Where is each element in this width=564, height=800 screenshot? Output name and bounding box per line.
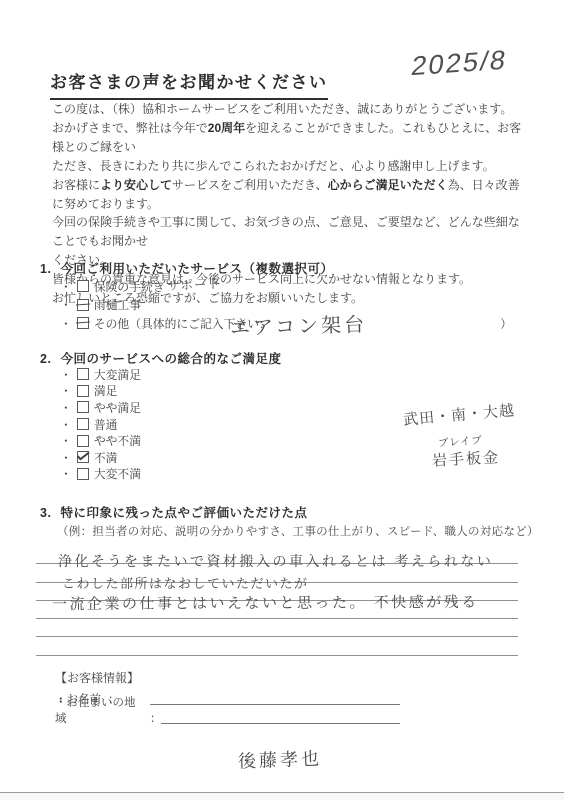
checkbox-checked <box>77 317 89 329</box>
intro-text: サービスをご利用いただき、 <box>172 178 328 192</box>
bullet-glyph: ・ <box>60 432 72 449</box>
satisfaction-option-row: ・やや不満 <box>60 432 260 449</box>
satisfaction-option-row: ・不満 <box>60 449 260 466</box>
satisfaction-option-label: 普通 <box>94 416 118 433</box>
satisfaction-option-label: 不満 <box>94 449 118 466</box>
scanned-survey-page: お客さまの声をお聞かせください 2025/8 この度は、（株）協和ホームサービス… <box>0 0 564 800</box>
intro-line: おかげさまで、弊社は今年で20周年を迎えることができました。これもひとえに、お客… <box>52 119 522 157</box>
intro-text: この度は、（株）協和ホームサービスをご利用いただき、誠にありがとうございます。 <box>52 102 512 116</box>
handwritten-suffix: サポート <box>166 274 221 294</box>
satisfaction-option-label: やや満足 <box>94 399 141 416</box>
satisfaction-option-label: 大変不満 <box>94 465 141 482</box>
intro-text: おかげさまで、弊社は今年で <box>52 121 208 135</box>
comment-writing-area: 浄化そうをまたいで資材搬入の車入れるとは 考えられない こわした部所はなおしてい… <box>36 546 518 652</box>
page-title: お客さまの声をお聞かせください <box>50 68 328 100</box>
question2-options: ・大変満足・満足・やや満足・普通・やや不満・不満・大変不満 <box>60 366 260 482</box>
checkbox-unchecked <box>77 368 89 380</box>
satisfaction-option-row: ・大変不満 <box>60 466 260 483</box>
handwritten-note-iwate: 岩手板金 <box>431 446 500 471</box>
intro-line: お客様により安心してサービスをご利用いただき、心からご満足いただく為、日々改善に… <box>52 176 522 214</box>
service-item-label: 雨樋工事 <box>94 296 141 313</box>
bullet-glyph: ・ <box>60 416 72 433</box>
field-blank-line <box>161 722 400 724</box>
checkbox-checked <box>77 451 89 463</box>
satisfaction-option-row: ・普通 <box>60 416 260 433</box>
handwritten-comment-line3: 一流企業の仕事とはいえないと思った。 不快感が残る <box>52 591 479 614</box>
customer-info-heading: 【お客様情報】 <box>55 669 139 686</box>
intro-text: より安心して <box>100 178 172 192</box>
customer-info-row: ・お住まいの地域： <box>55 707 400 727</box>
question2-title: 今回のサービスへの総合的なご満足度 <box>60 352 281 366</box>
bullet-glyph: ・ <box>60 366 72 383</box>
checkbox-unchecked <box>77 401 89 413</box>
intro-line: ただき、長きにわたり共に歩んでこられたおかげだと、心より感謝申し上げます。 <box>52 157 522 176</box>
checkbox-checked <box>77 299 89 311</box>
service-item-label: 保険の手続き <box>94 278 165 295</box>
intro-text: 20周年 <box>208 121 245 135</box>
field-label: ・お住まいの地域 <box>55 694 143 726</box>
scan-bottom-edge <box>0 792 564 800</box>
question3-title: 特に印象に残った点やご評価いただけた点 <box>60 506 307 520</box>
question2-number: 2. <box>40 352 51 366</box>
ruled-line <box>36 619 518 637</box>
question3-number: 3. <box>40 506 51 520</box>
intro-text: 心からご満足いただく <box>328 178 448 192</box>
satisfaction-option-label: 満足 <box>94 382 118 399</box>
field-separator: ： <box>150 710 162 726</box>
intro-text: 今回の保険手続きや工事に関して、お気づきの点、ご意見、ご要望など、どんな些細なこ… <box>52 215 520 248</box>
question2-heading: 2.今回のサービスへの総合的なご満足度 <box>40 349 281 367</box>
satisfaction-option-label: やや不満 <box>94 432 141 449</box>
close-paren: ） <box>500 315 512 332</box>
satisfaction-option-row: ・大変満足 <box>60 366 260 383</box>
bullet-glyph: ・ <box>60 399 72 416</box>
handwritten-signature: 後藤孝也 <box>238 745 323 774</box>
bullet-glyph: ・ <box>60 278 72 295</box>
question3-hint: （例：担当者の対応、説明の分かりやすさ、工事の仕上がり、スピード、職人の対応など… <box>57 523 539 539</box>
bullet-glyph: ・ <box>60 449 72 466</box>
satisfaction-option-row: ・やや満足 <box>60 399 260 416</box>
service-item-row: ・保険の手続きサポート <box>60 277 512 296</box>
satisfaction-option-row: ・満足 <box>60 383 260 400</box>
intro-line: この度は、（株）協和ホームサービスをご利用いただき、誠にありがとうございます。 <box>52 100 522 119</box>
checkbox-unchecked <box>77 435 89 447</box>
question3-heading: 3.特に印象に残った点やご評価いただけた点 <box>40 503 307 521</box>
handwritten-comment-line1: 浄化そうをまたいで資材搬入の車入れるとは 考えられない <box>58 551 493 571</box>
handwritten-comment-line2: こわした部所はなおしていただいたが <box>62 573 309 592</box>
handwritten-staff-names: 武田・南・大越 <box>402 399 515 430</box>
checkbox-unchecked <box>77 418 89 430</box>
bullet-glyph: ・ <box>60 465 72 482</box>
field-blank-line <box>150 703 400 705</box>
intro-text: お客様に <box>52 178 100 192</box>
bullet-glyph: ・ <box>60 382 72 399</box>
intro-text: ただき、長きにわたり共に歩んでこられたおかげだと、心より感謝申し上げます。 <box>52 159 495 173</box>
handwritten-other-answer: エアコン架台 <box>230 308 368 341</box>
intro-line: 今回の保険手続きや工事に関して、お気づきの点、ご意見、ご要望など、どんな些細なこ… <box>52 213 522 251</box>
bullet-glyph: ・ <box>60 315 72 332</box>
satisfaction-option-label: 大変満足 <box>94 366 141 383</box>
bullet-glyph: ・ <box>60 296 72 313</box>
checkbox-unchecked <box>77 280 89 292</box>
question1-number: 1. <box>40 262 51 276</box>
ruled-line <box>36 637 518 655</box>
customer-info-fields: ・お名前：・お住まいの地域： <box>55 687 400 726</box>
checkbox-unchecked <box>77 468 89 480</box>
handwritten-date: 2025/8 <box>409 45 509 83</box>
checkbox-unchecked <box>77 385 89 397</box>
